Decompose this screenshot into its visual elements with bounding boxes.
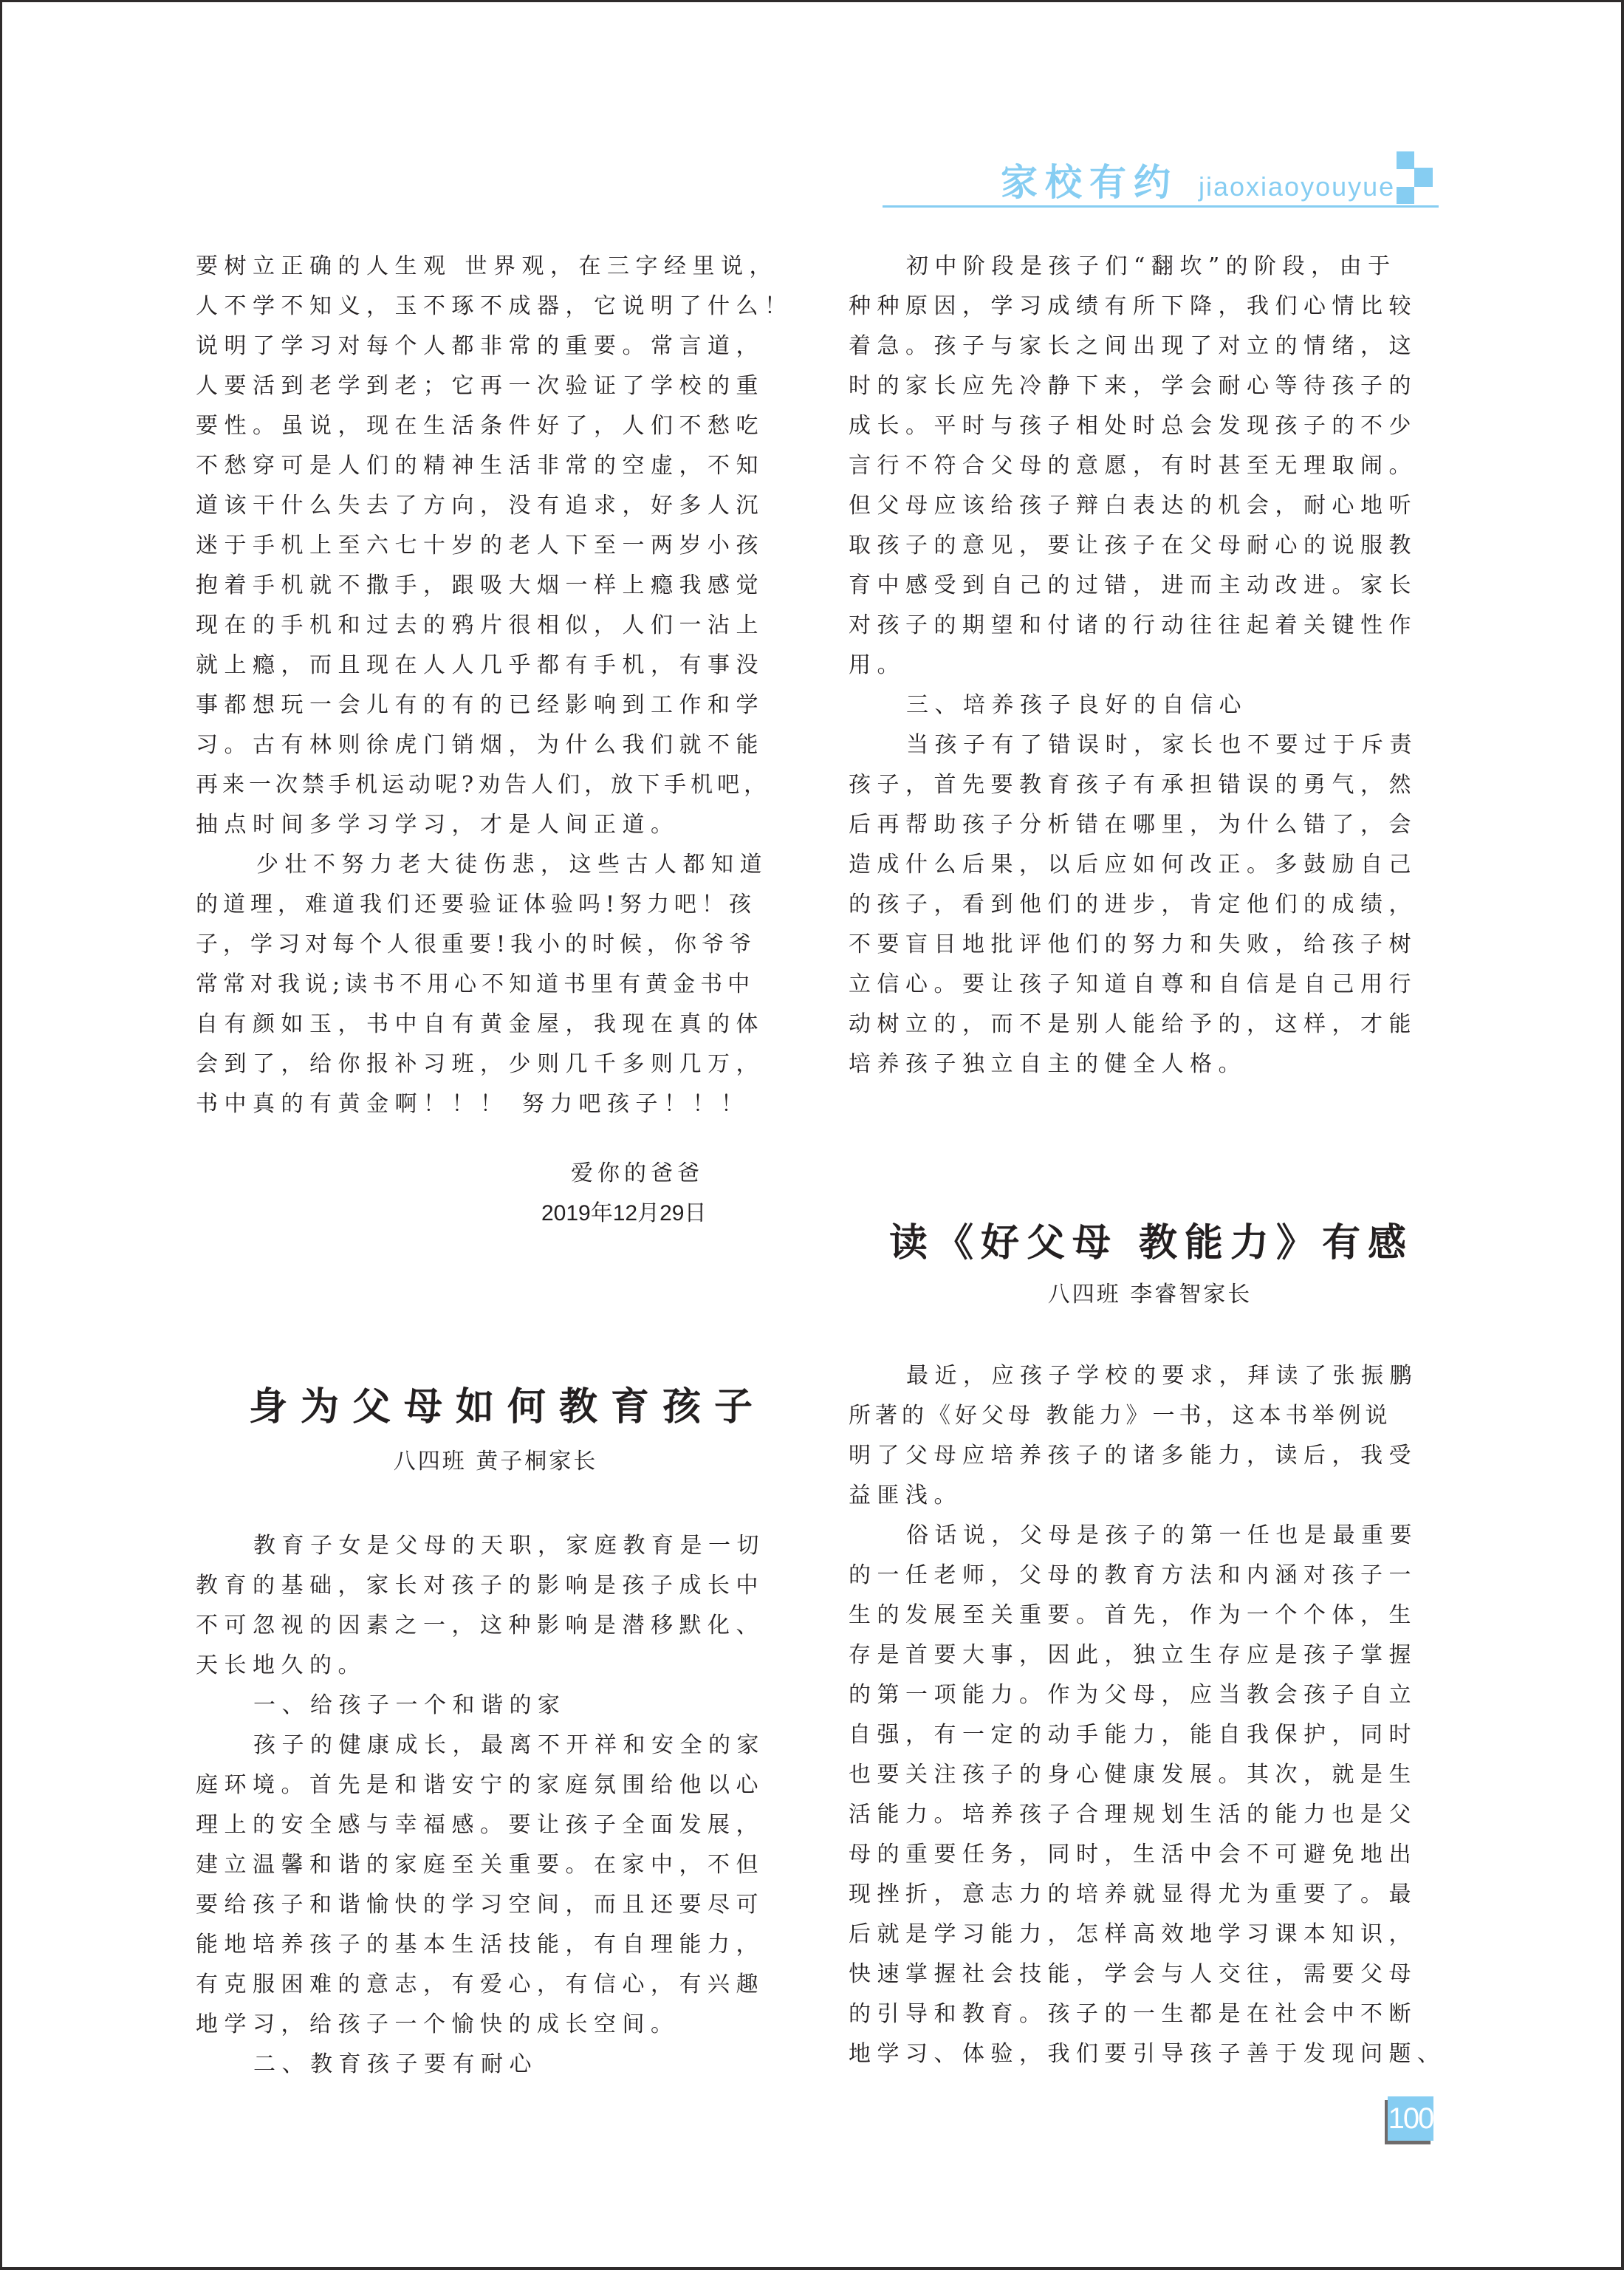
text-line: 后再帮助孩子分析错在哪里，为什么错了，会 [849, 810, 1417, 840]
text-line: 用。 [849, 651, 905, 680]
text-line: 就上瘾，而且现在人人几乎都有手机，有事没 [196, 651, 764, 680]
text-line: 人不学不知义，玉不琢不成器，它说明了什么！ [196, 292, 793, 321]
text-line: 要树立正确的人生观 世界观，在三字经里说， [196, 252, 778, 281]
text-line: 种种原因，学习成绩有所下降，我们心情比较 [849, 292, 1417, 321]
text-line: 再来一次禁手机运动呢?劝告人们，放下手机吧， [196, 770, 770, 800]
decorative-block-icon [1397, 151, 1414, 169]
text-line: 存是首要大事，因此，独立生存应是孩子掌握 [849, 1641, 1417, 1670]
text-line: 抱着手机就不撒手，跟吸大烟一样上瘾我感觉 [196, 571, 764, 601]
text-line: 要性。虽说，现在生活条件好了，人们不愁吃 [196, 411, 764, 441]
text-line: 子，学习对每个人很重要!我小的时候，你爷爷 [196, 930, 756, 960]
text-line: 但父母应该给孩子辩白表达的机会，耐心地听 [849, 491, 1417, 521]
section-heading: 一、给孩子一个和谐的家 [253, 1691, 566, 1720]
decorative-block-icon [1414, 168, 1433, 187]
text-line: 的道理，难道我们还要验证体验吗!努力吧！孩 [196, 890, 756, 920]
text-line: 庭环境。首先是和谐安宁的家庭氛围给他以心 [196, 1771, 764, 1800]
text-line: 不愁穿可是人们的精神生活非常的空虚，不知 [196, 451, 764, 481]
text-line: 母的重要任务，同时，生活中会不可避免地出 [849, 1840, 1417, 1870]
article-byline: 八四班 李睿智家长 [1024, 1280, 1275, 1310]
text-line: 造成什么后果，以后应如何改正。多鼓励自己 [849, 850, 1417, 880]
text-line: 自有颜如玉，书中自有黄金屋，我现在真的体 [196, 1010, 764, 1039]
section-heading: 二、教育孩子要有耐心 [253, 2050, 538, 2079]
text-line: 人要活到老学到老；它再一次验证了学校的重 [196, 372, 764, 401]
text-line: 孩子，首先要教育孩子有承担错误的勇气，然 [849, 770, 1417, 800]
page-number: 100 [1388, 2096, 1433, 2141]
header-rule [883, 205, 1439, 208]
signature: 爱你的爸爸 [571, 1159, 704, 1189]
text-line: 孩子的健康成长，最离不开祥和安全的家 [253, 1731, 765, 1760]
text-line: 抽点时间多学习学习，才是人间正道。 [196, 810, 679, 840]
text-line: 要给孩子和谐愉快的学习空间，而且还要尽可 [196, 1890, 764, 1920]
text-line: 着急。孩子与家长之间出现了对立的情绪，这 [849, 332, 1417, 361]
text-line: 会到了，给你报补习班，少则几千多则几万， [196, 1050, 764, 1079]
text-line: 对孩子的期望和付诸的行动往往起着关键性作 [849, 611, 1417, 640]
text-line: 不要盲目地批评他们的努力和失败，给孩子树 [849, 930, 1417, 960]
text-line: 快速掌握社会技能，学会与人交往，需要父母 [849, 1960, 1417, 1989]
text-line: 现挫折，意志力的培养就显得尤为重要了。最 [849, 1880, 1417, 1910]
text-line: 的第一项能力。作为父母，应当教会孩子自立 [849, 1681, 1417, 1710]
decorative-block-icon [1397, 187, 1414, 204]
text-line: 俗话说，父母是孩子的第一任也是最重要 [906, 1521, 1418, 1551]
text-line: 建立温馨和谐的家庭至关重要。在家中，不但 [196, 1850, 764, 1880]
text-line: 教育子女是父母的天职，家庭教育是一切 [253, 1531, 765, 1561]
text-line: 活能力。培养孩子合理规划生活的能力也是父 [849, 1800, 1417, 1830]
section-pinyin: jiaoxiaoyouyue [1199, 171, 1395, 203]
text-line: 培养孩子独立自主的健全人格。 [849, 1050, 1247, 1079]
text-line: 迷于手机上至六七十岁的老人下至一两岁小孩 [196, 531, 764, 561]
section-heading: 三、培养孩子良好的自信心 [906, 691, 1247, 720]
text-line: 生的发展至关重要。首先，作为一个个体，生 [849, 1601, 1417, 1630]
text-line: 少壮不努力老大徒伤悲，这些古人都知道 [256, 850, 768, 880]
text-line: 立信心。要让孩子知道自尊和自信是自己用行 [849, 970, 1417, 999]
text-line: 动树立的，而不是别人能给予的，这样，才能 [849, 1010, 1417, 1039]
text-line: 明了父母应培养孩子的诸多能力，读后，我受 [849, 1441, 1417, 1471]
text-line: 后就是学习能力，怎样高效地学习课本知识， [849, 1920, 1417, 1949]
text-line: 取孩子的意见，要让孩子在父母耐心的说服教 [849, 531, 1417, 561]
article-title: 读《好父母 教能力》有感 [863, 1220, 1439, 1267]
text-line: 事都想玩一会儿有的有的已经影响到工作和学 [196, 691, 764, 720]
text-line: 教育的基础，家长对孩子的影响是孩子成长中 [196, 1571, 764, 1601]
text-line: 言行不符合父母的意愿，有时甚至无理取闹。 [849, 451, 1417, 481]
text-line: 的引导和教育。孩子的一生都是在社会中不断 [849, 2000, 1417, 2029]
text-line: 最近，应孩子学校的要求，拜读了张振鹏 [906, 1361, 1418, 1391]
text-line: 地学习、体验，我们要引导孩子善于发现问题、 [849, 2040, 1446, 2069]
text-line: 时的家长应先冷静下来，学会耐心等待孩子的 [849, 372, 1417, 401]
text-line: 理上的安全感与幸福感。要让孩子全面发展， [196, 1811, 764, 1840]
text-line: 现在的手机和过去的鸦片很相似，人们一沾上 [196, 611, 764, 640]
text-line: 说明了学习对每个人都非常的重要。常言道， [196, 332, 764, 361]
text-line: 的一任老师，父母的教育方法和内涵对孩子一 [849, 1561, 1417, 1590]
text-line: 的孩子，看到他们的进步，肯定他们的成绩， [849, 890, 1417, 920]
article-title: 身为父母如何教育孩子 [249, 1384, 751, 1431]
text-line: 也要关注孩子的身心健康发展。其次，就是生 [849, 1760, 1417, 1790]
text-line: 初中阶段是孩子们“翻坎”的阶段，由于 [906, 252, 1397, 281]
text-line: 书中真的有黄金啊！！！ 努力吧孩子！！！ [196, 1090, 750, 1119]
text-line: 当孩子有了错误时，家长也不要过于斥责 [906, 731, 1418, 760]
text-line: 有克服困难的意志，有爱心，有信心，有兴趣 [196, 1970, 764, 2000]
text-line: 所著的《好父母 教能力》一书，这本书举例说 [849, 1401, 1392, 1431]
text-line: 成长。平时与孩子相处时总会发现孩子的不少 [849, 411, 1417, 441]
magazine-page: 家校有约 jiaoxiaoyouyue 要树立正确的人生观 世界观，在三字经里说… [0, 0, 1624, 2270]
text-line: 益匪浅。 [849, 1481, 962, 1511]
text-line: 地学习，给孩子一个愉快的成长空间。 [196, 2010, 679, 2040]
text-line: 习。古有林则徐虎门销烟，为什么我们就不能 [196, 731, 764, 760]
text-line: 自强，有一定的动手能力，能自我保护，同时 [849, 1720, 1417, 1750]
text-line: 天长地久的。 [196, 1651, 366, 1681]
section-title: 家校有约 [1001, 160, 1178, 205]
text-line: 育中感受到自己的过错，进而主动改进。家长 [849, 571, 1417, 601]
text-line: 道该干什么失去了方向，没有追求，好多人沉 [196, 491, 764, 521]
text-line: 能地培养孩子的基本生活技能，有自理能力， [196, 1930, 764, 1960]
text-line: 不可忽视的因素之一，这种影响是潜移默化、 [196, 1611, 764, 1641]
article-byline: 八四班 黄子桐家长 [370, 1447, 621, 1477]
letter-date: 2019年12月29日 [541, 1199, 706, 1228]
text-line: 常常对我说;读书不用心不知道书里有黄金书中 [196, 970, 755, 999]
